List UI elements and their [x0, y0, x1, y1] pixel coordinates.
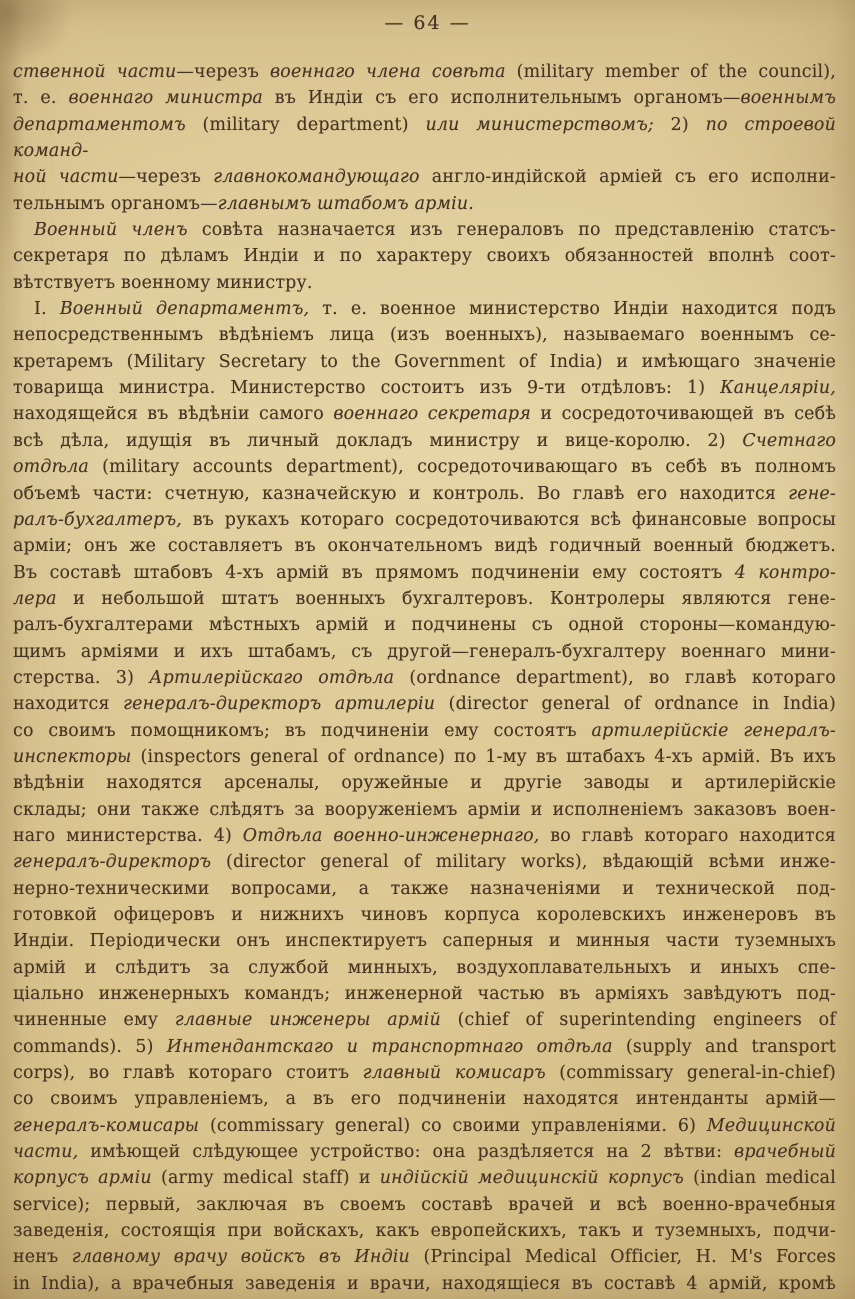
text-run: Въ составѣ штабовъ 4-хъ армій въ прямомъ… [13, 563, 735, 583]
text-run: имѣющей слѣдующее устройство: она раздѣл… [78, 1142, 734, 1162]
text-run: находится [13, 694, 123, 714]
italic-text-run: Отдѣла военно-инженернаго, [243, 826, 540, 846]
text-run: (indian medical [684, 1168, 836, 1188]
italic-text-run: Канцеляріи, [720, 378, 836, 398]
text-line: товарища министра. Министерство состоитъ… [13, 375, 836, 401]
text-run: (director general of military works), вѣ… [211, 852, 836, 872]
text-run: ціально инженерныхъ командъ; инженерной … [13, 984, 836, 1004]
text-line: тельнымъ органомъ—главнымъ штабомъ арміи… [13, 191, 836, 217]
text-line: ралъ-бухгалтеръ, въ рукахъ котораго соср… [13, 507, 836, 533]
text-run: I. [34, 299, 60, 319]
text-run: армій и слѣдитъ за службой минныхъ, возд… [13, 958, 836, 978]
text-run: вѣтствуетъ военному министру. [13, 273, 313, 293]
italic-text-run: генералъ-директоръ артилеріи [123, 694, 435, 714]
text-run: заведенія, состоящія при войскахъ, какъ … [13, 1221, 836, 1241]
text-run: т. е. [13, 88, 68, 108]
italic-text-run: ралъ-бухгалтеръ, [13, 510, 182, 530]
text-run: (army medical staff) и [152, 1168, 380, 1188]
text-line: наго министерства. 4) Отдѣла военно-инже… [13, 823, 836, 849]
text-line: части, имѣющей слѣдующее устройство: она… [13, 1139, 836, 1165]
italic-text-run: 4 контро- [735, 563, 836, 583]
text-run: 2) [654, 115, 706, 135]
italic-text-run: генералъ-комисары [13, 1116, 199, 1136]
text-line: I. Военный департаментъ, т. е. военное м… [13, 296, 836, 322]
text-run: наго министерства. 4) [13, 826, 243, 846]
italic-text-run: инспекторы [13, 747, 132, 767]
text-line: готовкой офицеровъ и нижнихъ чиновъ корп… [13, 902, 836, 928]
italic-text-run: главнымъ штабомъ арміи. [218, 194, 474, 214]
text-run: service); первый, заключая въ своемъ сос… [13, 1195, 836, 1215]
text-run: (ordnance department), во главѣ котораго [394, 668, 836, 688]
text-run: стерства. 3) [13, 668, 149, 688]
italic-text-run: военнаго члена совѣта [270, 62, 506, 82]
text-run: commands). 5) [13, 1037, 167, 1057]
text-line: непосредственнымъ вѣдѣніемъ лица (изъ во… [13, 322, 836, 348]
text-line: ственной части—черезъ военнаго члена сов… [13, 59, 836, 85]
text-run: (commissary general-in-chief) [546, 1063, 836, 1083]
text-run: щимъ арміями и ихъ штабамъ, съ другой—ге… [13, 642, 836, 662]
italic-text-run: военнымъ [740, 88, 836, 108]
text-run: ралъ-бухгалтерами мѣстныхъ армій и подчи… [13, 615, 836, 635]
italic-text-run: генералъ-директоръ [13, 852, 211, 872]
text-line: Въ составѣ штабовъ 4-хъ армій въ прямомъ… [13, 560, 836, 586]
text-run: со своимъ помощникомъ; въ подчиненіи ему… [13, 721, 592, 741]
italic-text-run: лера [13, 589, 57, 609]
italic-text-run: главнокомандующаго [213, 167, 419, 187]
text-run: англо-индійской арміей съ его исполни- [420, 167, 836, 187]
text-line: нерно-техническими вопросами, а также на… [13, 876, 836, 902]
text-run: (Principal Medical Officier, H. M's Forc… [410, 1247, 836, 1267]
text-line: corps), во главѣ котораго стоитъ главный… [13, 1060, 836, 1086]
text-line: чиненные ему главные инженеры армій (chi… [13, 1007, 836, 1033]
text-run: кретаремъ (Military Secretary to the Gov… [13, 352, 836, 372]
text-run: со своимъ управленіемъ, а въ его подчине… [13, 1089, 836, 1109]
text-run: (military accounts department), сосредот… [89, 457, 836, 477]
text-line: т. е. военнаго министра въ Индіи съ его … [13, 85, 836, 111]
page-scan: — 64 — ственной части—черезъ военнаго чл… [0, 0, 855, 1299]
italic-text-run: главные инженеры армій [175, 1010, 441, 1030]
italic-text-run: ной части [13, 167, 119, 187]
text-line: вѣтствуетъ военному министру. [13, 270, 836, 296]
italic-text-run: военнаго секретаря [333, 404, 531, 424]
italic-text-run: отдѣла [13, 457, 89, 477]
text-run: находящейся въ вѣдѣніи самого [13, 404, 333, 424]
text-line: всѣ дѣла, идущія въ личный докладъ минис… [13, 428, 836, 454]
text-line: commands). 5) Интендантскаго и транспорт… [13, 1034, 836, 1060]
text-line: заведенія, состоящія при войскахъ, какъ … [13, 1218, 836, 1244]
text-run: въ Индіи съ его исполнительнымъ органомъ… [263, 88, 741, 108]
italic-text-run: Военный департаментъ, [60, 299, 309, 319]
text-run: вѣдѣніи находятся арсеналы, оружейные и … [13, 773, 836, 793]
text-line: in India), а врачебныя заведенія и врачи… [13, 1271, 836, 1297]
text-run: секретаря по дѣламъ Индіи и по характеру… [13, 246, 836, 266]
text-run: тельнымъ органомъ— [13, 194, 218, 214]
text-line: департаментомъ (military department) или… [13, 112, 836, 165]
text-line: со своимъ помощникомъ; въ подчиненіи ему… [13, 718, 836, 744]
text-run: (director general of ordnance in India) [435, 694, 836, 714]
italic-text-run: Интендантскаго и транспортнаго отдѣла [167, 1037, 613, 1057]
text-run: непосредственнымъ вѣдѣніемъ лица (изъ во… [13, 325, 836, 345]
text-line: находящейся въ вѣдѣніи самого военнаго с… [13, 401, 836, 427]
text-run: ненъ [13, 1247, 72, 1267]
text-line: вѣдѣніи находятся арсеналы, оружейные и … [13, 770, 836, 796]
text-run: Индіи. Періодически онъ инспектируетъ са… [13, 931, 836, 951]
text-line: склады; они также слѣдятъ за вооруженіем… [13, 797, 836, 823]
text-line: стерства. 3) Артилерійскаго отдѣла (ordn… [13, 665, 836, 691]
italic-text-run: Счетнаго [742, 431, 836, 451]
text-run: нерно-техническими вопросами, а также на… [13, 879, 836, 899]
text-run: (military member of the council), [506, 62, 836, 82]
book-page: { "page": { "number": "— 64 —", "colors"… [0, 0, 855, 1299]
text-run: готовкой офицеровъ и нижнихъ чиновъ корп… [13, 905, 836, 925]
text-run: corps), во главѣ котораго стоитъ [13, 1063, 363, 1083]
text-run: (inspectors general of ordnance) по 1-му… [132, 747, 836, 767]
italic-text-run: корпусъ арміи [13, 1168, 152, 1188]
text-line: ціально инженерныхъ командъ; инженерной … [13, 981, 836, 1007]
italic-text-run: военнаго министра [68, 88, 262, 108]
text-run: и сосредоточивающей въ себѣ [531, 404, 836, 424]
text-run: объемѣ части: счетную, казначейскую и ко… [13, 484, 788, 504]
italic-text-run: главному врачу войскъ въ Индіи [72, 1247, 410, 1267]
text-run: (military department) [186, 115, 426, 135]
text-run: —черезъ [176, 62, 270, 82]
italic-text-run: департаментомъ [13, 115, 186, 135]
text-line: ненъ главному врачу войскъ въ Индіи (Pri… [13, 1244, 836, 1270]
text-run: совѣта назначается изъ генераловъ по пре… [188, 220, 836, 240]
text-line: ралъ-бухгалтерами мѣстныхъ армій и подчи… [13, 612, 836, 638]
italic-text-run: Артилерійскаго отдѣла [149, 668, 394, 688]
text-line: армій и слѣдитъ за службой минныхъ, возд… [13, 955, 836, 981]
italic-text-run: врачебный [734, 1142, 836, 1162]
italic-text-run: индійскій медицинскій корпусъ [380, 1168, 684, 1188]
text-run: (supply and transport [613, 1037, 836, 1057]
text-run: и небольшой штатъ военныхъ бухгалтеровъ.… [57, 589, 836, 609]
text-run: въ рукахъ котораго сосредоточиваются всѣ… [182, 510, 836, 530]
text-run: склады; они также слѣдятъ за вооруженіем… [13, 800, 836, 820]
text-line: щимъ арміями и ихъ штабамъ, съ другой—ге… [13, 639, 836, 665]
page-number: — 64 — [0, 12, 855, 34]
italic-text-run: главный комисаръ [363, 1063, 546, 1083]
text-run: товарища министра. Министерство состоитъ… [13, 378, 720, 398]
text-line: Индіи. Періодически онъ инспектируетъ са… [13, 928, 836, 954]
text-line: отдѣла (military accounts department), с… [13, 454, 836, 480]
text-line: кретаремъ (Military Secretary to the Gov… [13, 349, 836, 375]
italic-text-run: части, [13, 1142, 78, 1162]
text-line: со своимъ управленіемъ, а въ его подчине… [13, 1086, 836, 1112]
text-run: арміи; онъ же составляетъ въ окончательн… [13, 536, 836, 556]
italic-text-run: или министерствомъ; [425, 115, 653, 135]
text-line: инспекторы (inspectors general of ordnan… [13, 744, 836, 770]
italic-text-run: ственной части [13, 62, 176, 82]
text-line: Военный членъ совѣта назначается изъ ген… [13, 217, 836, 243]
text-run: т. е. военное министерство Индіи находит… [309, 299, 836, 319]
text-line: корпусъ арміи (army medical staff) и инд… [13, 1165, 836, 1191]
text-line: service); первый, заключая въ своемъ сос… [13, 1192, 836, 1218]
text-line: секретаря по дѣламъ Индіи и по характеру… [13, 243, 836, 269]
text-run: во главѣ котораго находится [539, 826, 836, 846]
text-line: ной части—черезъ главнокомандующаго англ… [13, 164, 836, 190]
text-run: всѣ дѣла, идущія въ личный докладъ минис… [13, 431, 742, 451]
text-line: лера и небольшой штатъ военныхъ бухгалте… [13, 586, 836, 612]
text-line: генералъ-директоръ (director general of … [13, 849, 836, 875]
italic-text-run: Медицинской [707, 1116, 836, 1136]
text-run: in India), а врачебныя заведенія и врачи… [13, 1274, 836, 1294]
text-line: арміи; онъ же составляетъ въ окончательн… [13, 533, 836, 559]
italic-text-run: гене- [788, 484, 836, 504]
body-text: ственной части—черезъ военнаго члена сов… [13, 59, 836, 1297]
italic-text-run: Военный членъ [34, 220, 188, 240]
text-run: —черезъ [119, 167, 214, 187]
text-run: (chief of superintending engineers of [441, 1010, 836, 1030]
text-line: объемѣ части: счетную, казначейскую и ко… [13, 481, 836, 507]
text-line: находится генералъ-директоръ артилеріи (… [13, 691, 836, 717]
text-run: (commissary general) со своими управлені… [199, 1116, 707, 1136]
text-line: генералъ-комисары (commissary general) с… [13, 1113, 836, 1139]
italic-text-run: артилерійскіе генералъ- [592, 721, 836, 741]
text-run: чиненные ему [13, 1010, 175, 1030]
